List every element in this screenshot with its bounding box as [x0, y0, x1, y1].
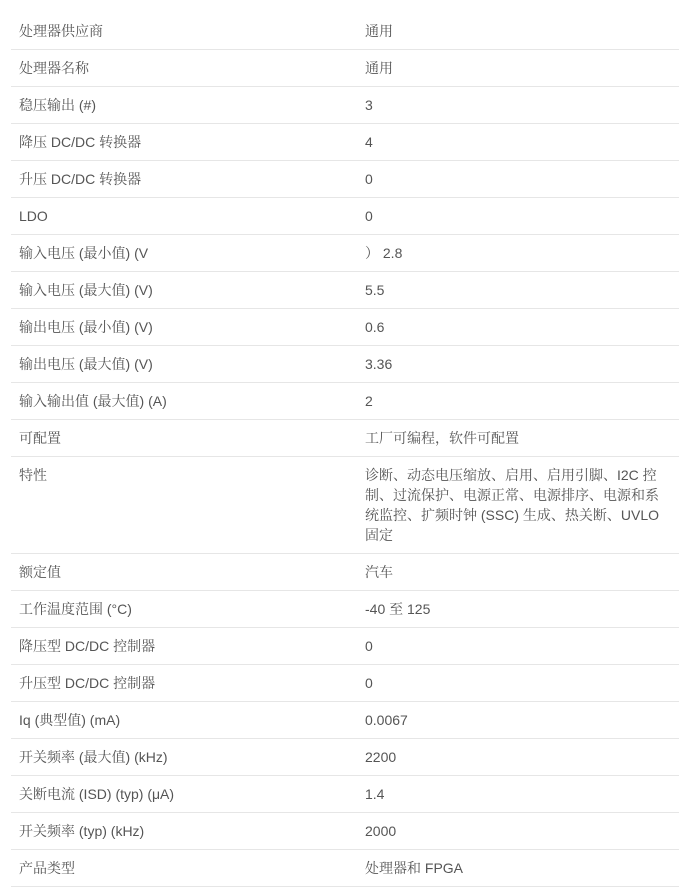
spec-label: 降压 DC/DC 转换器	[11, 132, 365, 152]
spec-value: 0	[365, 169, 679, 189]
spec-label: Iq (典型值) (mA)	[11, 710, 365, 730]
spec-label: 输入电压 (最大值) (V)	[11, 280, 365, 300]
table-row: 输入电压 (最小值) (V ） 2.8	[11, 235, 679, 272]
table-row: 输出电压 (最大值) (V) 3.36	[11, 346, 679, 383]
table-row: 额定值 汽车	[11, 554, 679, 591]
table-row: 特性 诊断、动态电压缩放、启用、启用引脚、I2C 控制、过流保护、电源正常、电源…	[11, 457, 679, 554]
spec-value: 5.5	[365, 280, 679, 300]
spec-value: 诊断、动态电压缩放、启用、启用引脚、I2C 控制、过流保护、电源正常、电源排序、…	[365, 465, 679, 545]
spec-label: 降压型 DC/DC 控制器	[11, 636, 365, 656]
spec-value: 2200	[365, 747, 679, 767]
spec-value: 0.0067	[365, 710, 679, 730]
spec-value: 2	[365, 391, 679, 411]
spec-label: 可配置	[11, 428, 365, 448]
spec-label: 工作温度范围 (°C)	[11, 599, 365, 619]
table-row: 降压型 DC/DC 控制器 0	[11, 628, 679, 665]
spec-label: 输入电压 (最小值) (V	[11, 243, 365, 263]
spec-value: -40 至 125	[365, 599, 679, 619]
spec-table: 处理器供应商 通用 处理器名称 通用 稳压输出 (#) 3 降压 DC/DC 转…	[0, 0, 690, 887]
spec-value: 0	[365, 673, 679, 693]
spec-label: LDO	[11, 206, 365, 226]
table-row: 工作温度范围 (°C) -40 至 125	[11, 591, 679, 628]
spec-label: 升压型 DC/DC 控制器	[11, 673, 365, 693]
spec-label: 开关频率 (typ) (kHz)	[11, 821, 365, 841]
spec-value: 3	[365, 95, 679, 115]
table-row: 处理器名称 通用	[11, 50, 679, 87]
spec-label: 开关频率 (最大值) (kHz)	[11, 747, 365, 767]
table-row: 产品类型 处理器和 FPGA	[11, 850, 679, 887]
spec-label: 处理器名称	[11, 58, 365, 78]
table-row: 输出电压 (最小值) (V) 0.6	[11, 309, 679, 346]
spec-value: 2000	[365, 821, 679, 841]
spec-value: 通用	[365, 58, 679, 78]
table-row: 降压 DC/DC 转换器 4	[11, 124, 679, 161]
spec-value: 1.4	[365, 784, 679, 804]
table-row: 关断电流 (ISD) (typ) (μA) 1.4	[11, 776, 679, 813]
table-row: 输入电压 (最大值) (V) 5.5	[11, 272, 679, 309]
spec-label: 稳压输出 (#)	[11, 95, 365, 115]
spec-label: 输入输出值 (最大值) (A)	[11, 391, 365, 411]
spec-label: 特性	[11, 465, 365, 485]
table-row: 开关频率 (最大值) (kHz) 2200	[11, 739, 679, 776]
table-row: 开关频率 (typ) (kHz) 2000	[11, 813, 679, 850]
spec-value: 4	[365, 132, 679, 152]
table-row: Iq (典型值) (mA) 0.0067	[11, 702, 679, 739]
table-row: LDO 0	[11, 198, 679, 235]
spec-value: 3.36	[365, 354, 679, 374]
spec-label: 产品类型	[11, 858, 365, 878]
table-row: 可配置 工厂可编程，软件可配置	[11, 420, 679, 457]
spec-label: 关断电流 (ISD) (typ) (μA)	[11, 784, 365, 804]
spec-value: 工厂可编程，软件可配置	[365, 428, 679, 448]
spec-value: 处理器和 FPGA	[365, 858, 679, 878]
table-row: 稳压输出 (#) 3	[11, 87, 679, 124]
spec-value: 汽车	[365, 562, 679, 582]
spec-value: 通用	[365, 21, 679, 41]
table-row: 输入输出值 (最大值) (A) 2	[11, 383, 679, 420]
table-row: 升压 DC/DC 转换器 0	[11, 161, 679, 198]
spec-label: 升压 DC/DC 转换器	[11, 169, 365, 189]
spec-value: 0.6	[365, 317, 679, 337]
spec-label: 额定值	[11, 562, 365, 582]
table-row: 升压型 DC/DC 控制器 0	[11, 665, 679, 702]
spec-value: ） 2.8	[365, 243, 679, 263]
parametric-spec-page: 处理器供应商 通用 处理器名称 通用 稳压输出 (#) 3 降压 DC/DC 转…	[0, 0, 690, 889]
spec-value: 0	[365, 206, 679, 226]
table-row: 处理器供应商 通用	[11, 13, 679, 50]
spec-label: 输出电压 (最小值) (V)	[11, 317, 365, 337]
spec-label: 处理器供应商	[11, 21, 365, 41]
spec-label: 输出电压 (最大值) (V)	[11, 354, 365, 374]
spec-value: 0	[365, 636, 679, 656]
